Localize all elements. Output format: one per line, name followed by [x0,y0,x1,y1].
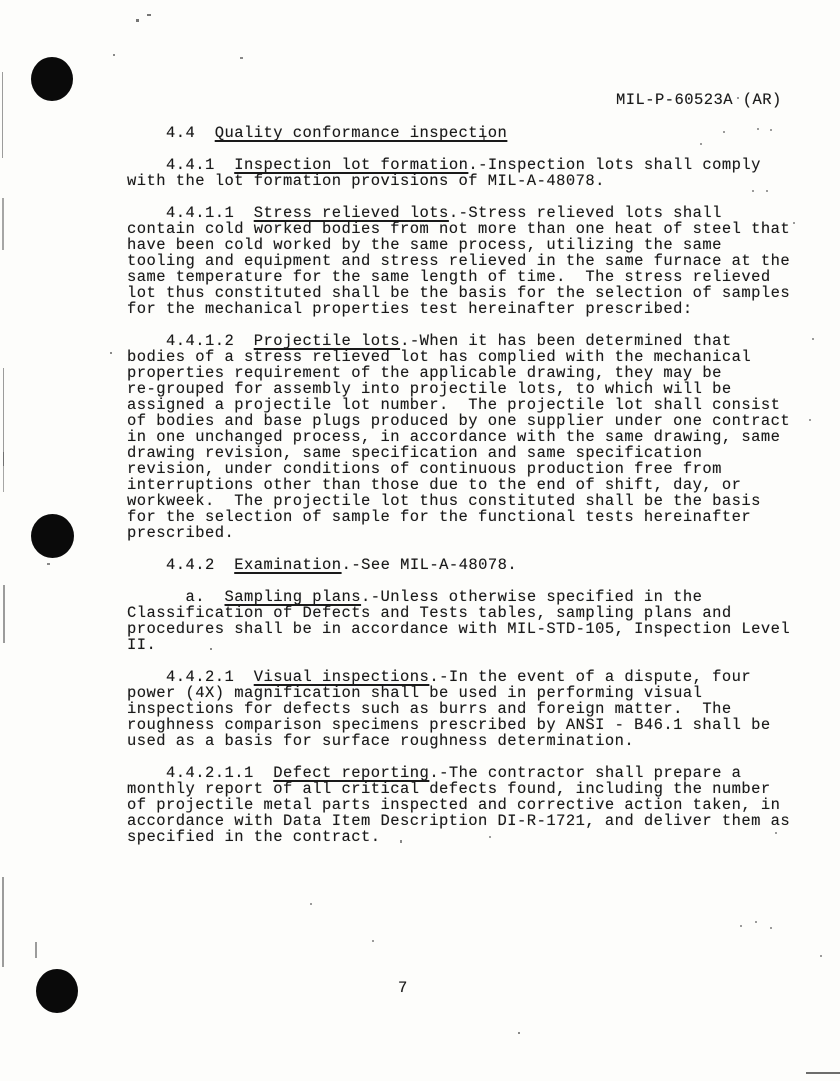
section-text: .-Inspection lots shall comply [468,156,761,174]
scan-artifact [820,955,822,957]
scan-artifact [770,927,772,929]
paragraph: a. Sampling plans.-Unless otherwise spec… [127,589,790,653]
scan-artifact [793,222,795,224]
scan-artifact [489,836,491,838]
scan-artifact [638,306,640,308]
scan-artifact [210,648,212,650]
paragraph: 4.4.1.1 Stress relieved lots.-Stress rel… [127,205,790,317]
scan-artifact [757,128,759,130]
scan-artifact [737,97,739,99]
section-title: Inspection lot formation [234,156,468,174]
scan-artifact [3,585,5,643]
scan-artifact [657,309,659,311]
scan-artifact [147,14,151,16]
section-number: 4.4.2 [127,556,234,574]
section-number: 4.4.1.1 [127,204,254,222]
scan-artifact [483,137,485,140]
section-text: .-In the event of a dispute, four [429,668,751,686]
paragraph: 4.4.2.1 Visual inspections.-In the event… [127,669,790,749]
paragraph: 4.4.2.1.1 Defect reporting.-The contract… [127,765,790,845]
section-number: 4.4.2.1 [127,668,254,686]
scan-artifact [770,129,772,131]
scan-artifact [766,190,768,192]
scan-artifact [240,57,243,59]
section-text: .-The contractor shall prepare a [429,764,741,782]
scan-artifact [47,563,50,565]
scan-artifact [812,338,814,340]
paragraph: 4.4.1 Inspection lot formation.-Inspecti… [127,157,790,189]
scan-artifact [723,131,725,133]
section-title: Quality conformance inspection [215,124,508,142]
section-title: Stress relieved lots [254,204,449,222]
paragraph: 4.4.2 Examination.-See MIL-A-48078. [127,557,790,573]
scan-artifact [136,19,139,22]
section-title: Examination [234,556,341,574]
section-text: .-When it has been determined that [400,332,732,350]
page-number: 7 [398,980,408,996]
section-title: Sampling plans [225,588,362,606]
scan-artifact [2,72,3,158]
hole-punch-bottom [36,969,78,1013]
scan-artifact [809,419,811,421]
hole-punch-top [31,57,73,101]
section-number: a. [127,588,225,606]
hole-punch-middle [31,514,74,558]
section-number: 4.4.1.2 [127,332,254,350]
scanned-document-page: MIL-P-60523A (AR) 4.4 Quality conformanc… [0,0,840,1081]
document-body: 4.4 Quality conformance inspection 4.4.1… [127,125,790,861]
scan-artifact [3,452,4,492]
scan-artifact [310,903,312,905]
scan-artifact [400,840,402,843]
section-number: 4.4.2.1.1 [127,764,273,782]
scan-artifact [806,1072,840,1074]
section-title: Projectile lots [254,332,400,350]
scan-artifact [752,190,754,192]
document-id-header: MIL-P-60523A (AR) [616,92,782,108]
paragraph: 4.4.1.2 Projectile lots.-When it has bee… [127,333,790,541]
paragraph: 4.4 Quality conformance inspection [127,125,790,141]
scan-artifact [35,942,37,958]
scan-artifact [755,921,757,923]
scan-artifact [110,352,112,354]
section-number: 4.4.1 [127,156,234,174]
section-title: Defect reporting [273,764,429,782]
scan-artifact [740,925,742,927]
section-title: Visual inspections [254,668,430,686]
section-number: 4.4 [127,124,215,142]
scan-artifact [775,832,777,834]
scan-artifact [2,198,4,250]
section-text: .-Unless otherwise specified in the [361,588,702,606]
scan-artifact [700,143,702,145]
scan-artifact [2,877,4,967]
scan-artifact [518,1032,520,1034]
section-text: .-See MIL-A-48078. [342,556,518,574]
scan-artifact [113,54,115,56]
section-text: .-Stress relieved lots shall [449,204,722,222]
scan-artifact [372,940,374,942]
